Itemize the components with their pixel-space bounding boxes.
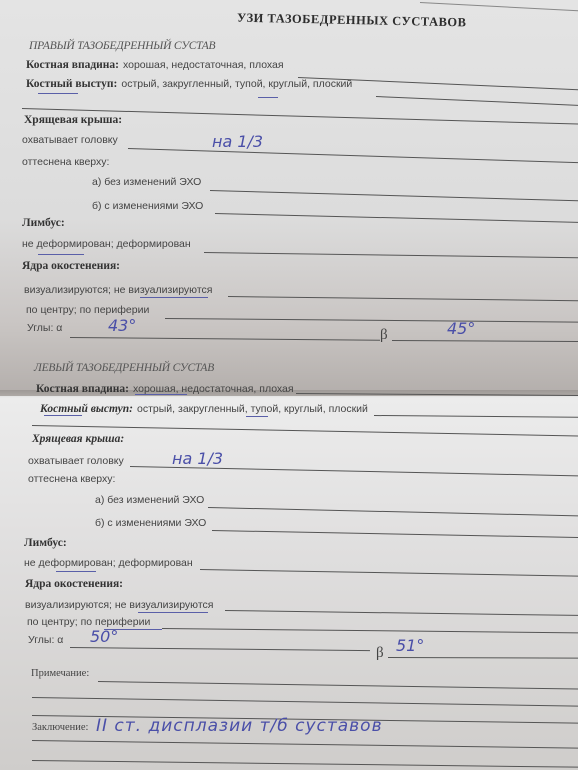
left-bony-ledge-label-underline [44, 415, 82, 416]
right-limbus-selected-mark [38, 254, 84, 255]
left-alpha-value: 50° [90, 627, 118, 646]
right-bony-ledge-row: Костный выступ: острый, закругленный, ту… [26, 74, 352, 92]
left-beta-label: β [376, 645, 384, 662]
right-bony-socket-label: Костная впадина: [26, 59, 119, 71]
right-bony-socket-row: Костная впадина: хорошая, недостаточная,… [26, 55, 284, 73]
conclusion-value: II ст. дисплазии т/б суставов [96, 716, 383, 736]
left-cartilage-roof-label: Хрящевая крыша: [32, 433, 124, 445]
left-beta-value: 51° [396, 636, 424, 655]
left-ossification-position-options: по центру; по периферии [27, 616, 150, 628]
right-covers-head-value: на 1/3 [212, 132, 263, 151]
left-ossification-visual-options: визуализируются; не визуализируются [25, 599, 213, 611]
left-ossification-label: Ядра окостенения: [25, 578, 123, 590]
left-limbus-label: Лимбус: [24, 537, 67, 549]
right-beta-value: 45° [447, 319, 475, 338]
left-bony-socket-label: Костная впадина: [36, 383, 129, 395]
left-displaced-up-label: оттеснена кверху: [28, 473, 115, 485]
left-limbus-selected-mark [56, 571, 96, 572]
conclusion-label: Заключение: [32, 722, 88, 733]
left-bony-ledge-row: Костный выступ: острый, закругленный, ту… [40, 399, 368, 417]
left-covers-head-label: охватывает головку [28, 455, 124, 467]
right-bony-ledge-selected-mark [258, 97, 278, 98]
right-angles-label: Углы: α [27, 322, 62, 334]
left-angles-label: Углы: α [28, 634, 63, 646]
left-bony-ledge-options: острый, закругленный, тупой, круглый, пл… [137, 403, 368, 415]
right-joint-section-title: ПРАВЫЙ ТАЗОБЕДРЕННЫЙ СУСТАВ [29, 40, 215, 52]
right-ossification-position-options: по центру; по периферии [26, 304, 149, 316]
right-limbus-label: Лимбус: [22, 217, 65, 229]
right-limbus-options: не деформирован; деформирован [22, 238, 191, 250]
left-ossification-visual-selected-mark [138, 612, 208, 613]
right-covers-head-label: охватывает головку [22, 134, 118, 146]
left-option-a-label: а) без изменений ЭХО [95, 494, 204, 506]
right-displaced-up-label: оттеснена кверху: [22, 156, 109, 168]
left-option-b-label: б) с изменениями ЭХО [95, 517, 206, 529]
right-bony-ledge-label-underline [38, 93, 78, 94]
right-ossification-label: Ядра окостенения: [22, 260, 120, 272]
right-ossification-visual-options: визуализируются; не визуализируются [24, 284, 212, 296]
right-bony-ledge-options: острый, закругленный, тупой, круглый, пл… [121, 78, 352, 90]
left-bony-ledge-label: Костный выступ: [40, 403, 133, 415]
left-bony-socket-selected-mark [135, 394, 187, 395]
right-option-b-label: б) с изменениями ЭХО [92, 200, 203, 212]
left-covers-head-value: на 1/3 [172, 449, 223, 468]
left-bony-ledge-selected-mark [246, 416, 268, 417]
right-ossification-visual-selected-mark [140, 297, 208, 298]
left-joint-section-title: ЛЕВЫЙ ТАЗОБЕДРЕННЫЙ СУСТАВ [34, 362, 214, 374]
left-limbus-options: не деформирован; деформирован [24, 557, 193, 569]
right-alpha-value: 43° [108, 316, 136, 335]
right-cartilage-roof-label: Хрящевая крыша: [24, 114, 122, 126]
right-bony-ledge-label: Костный выступ: [26, 78, 117, 90]
right-option-a-label: а) без изменений ЭХО [92, 176, 201, 188]
note-label: Примечание: [31, 668, 89, 679]
right-bony-socket-options: хорошая, недостаточная, плохая [123, 59, 284, 71]
right-beta-label: β [380, 327, 388, 344]
